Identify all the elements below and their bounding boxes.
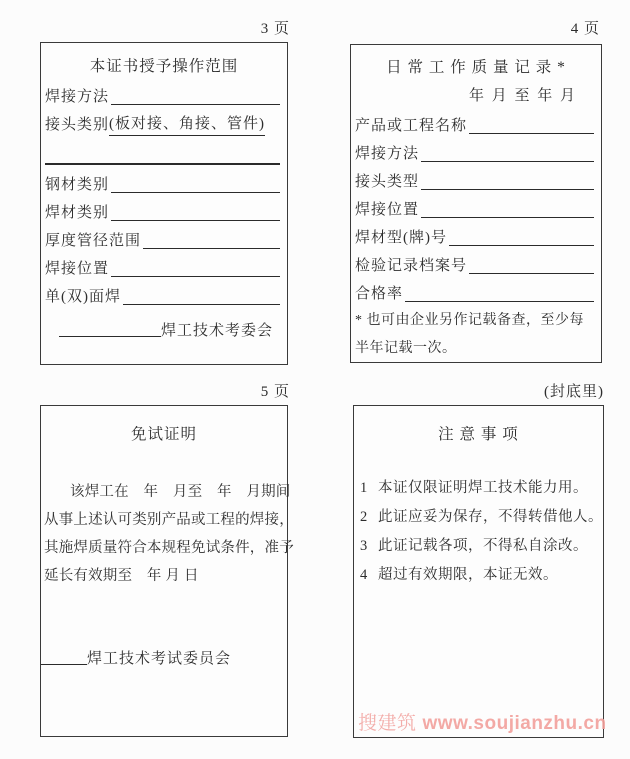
notes-list: 1 本证仅限证明焊工技术能力用。 2 此证应妥为保存，不得转借他人。 3 此证记… xyxy=(354,474,603,590)
field-row-filler-model-no: 焊材型(牌)号 xyxy=(351,221,601,249)
fill-in-line xyxy=(469,273,594,274)
page-label-back-cover: (封底里) xyxy=(544,380,604,401)
watermark: 搜建筑www.soujianzhu.cn xyxy=(358,708,607,735)
note-number: 3 xyxy=(360,532,378,561)
field-label-weld-position: 焊接位置 xyxy=(45,258,109,280)
note-item-4: 4 超过有效期限，本证无效。 xyxy=(354,561,603,590)
exemption-body-line-4: 延长有效期至 年 月 日 xyxy=(41,562,287,590)
page-label-4: 4 页 xyxy=(571,17,600,38)
field-label-pass-rate: 合格率 xyxy=(355,283,403,305)
field-row-record-weld-method: 焊接方法 xyxy=(351,137,601,165)
field-row-steel-type: 钢材类别 xyxy=(41,168,287,196)
field-row-pass-rate: 合格率 xyxy=(351,277,601,305)
fill-in-line xyxy=(405,301,594,302)
fill-in-line xyxy=(421,161,594,162)
field-label-steel-type: 钢材类别 xyxy=(45,174,109,196)
field-row-weld-position: 焊接位置 xyxy=(41,252,287,280)
field-label-filler-type: 焊材类别 xyxy=(45,202,109,224)
panel-notes-title: 注 意 事 项 xyxy=(354,418,603,448)
field-label-inspection-archive-no: 检验记录档案号 xyxy=(355,255,467,277)
field-row-weld-method: 焊接方法 xyxy=(41,80,287,108)
fill-in-line-full xyxy=(45,163,280,165)
panel-daily-quality-record-title: 日 常 工 作 质 量 记 录 * xyxy=(351,51,601,81)
panel-notes: 注 意 事 项 1 本证仅限证明焊工技术能力用。 2 此证应妥为保存，不得转借他… xyxy=(353,405,604,738)
field-label-product-name: 产品或工程名称 xyxy=(355,115,467,137)
watermark-site-name: 搜建筑 xyxy=(358,713,417,734)
note-item-2: 2 此证应妥为保存，不得转借他人。 xyxy=(354,503,603,532)
fill-in-line xyxy=(469,133,594,134)
exemption-body-line-1: 该焊工在 年 月至 年 月期间 xyxy=(41,478,287,506)
page-label-5: 5 页 xyxy=(261,380,290,401)
fill-in-line xyxy=(111,104,280,105)
joint-options-underlined: (板对接、角接、管件) xyxy=(109,113,265,136)
exemption-body-line-2: 从事上述认可类别产品或工程的焊接， xyxy=(41,506,287,534)
fill-in-line xyxy=(143,248,280,249)
field-label-joint-type: 接头类别 xyxy=(45,114,109,136)
field-label-single-double-side: 单(双)面焊 xyxy=(45,286,121,308)
fill-in-line xyxy=(421,189,594,190)
panel-exemption-certificate: 免试证明 该焊工在 年 月至 年 月期间 从事上述认可类别产品或工程的焊接， 其… xyxy=(40,405,288,737)
signature-row-committee: 焊工技术考委会 xyxy=(41,310,287,340)
field-row-inspection-archive-no: 检验记录档案号 xyxy=(351,249,601,277)
document-page: 3 页 4 页 5 页 (封底里) 本证书授予操作范围 焊接方法 接头类别 (板… xyxy=(0,0,630,759)
panel-exemption-title: 免试证明 xyxy=(41,418,287,448)
signature-line xyxy=(41,664,87,665)
field-row-joint-continuation xyxy=(41,136,287,168)
field-row-record-joint-type: 接头类型 xyxy=(351,165,601,193)
field-label-thickness-range: 厚度管径范围 xyxy=(45,230,141,252)
note-item-3: 3 此证记载各项，不得私自涂改。 xyxy=(354,532,603,561)
note-number: 4 xyxy=(360,561,378,590)
fill-in-line xyxy=(449,245,594,246)
signature-label: 焊工技术考委会 xyxy=(161,319,273,340)
field-row-single-double-side: 单(双)面焊 xyxy=(41,280,287,308)
note-text: 此证应妥为保存，不得转借他人。 xyxy=(378,503,603,532)
fill-in-line xyxy=(111,220,280,221)
panel-operation-scope-title: 本证书授予操作范围 xyxy=(41,50,287,80)
exemption-body-line-3: 其施焊质量符合本规程免试条件，准予 xyxy=(41,534,287,562)
field-label-record-joint-type: 接头类型 xyxy=(355,171,419,193)
record-period: 年 月 至 年 月 xyxy=(351,81,601,109)
note-text: 超过有效期限，本证无效。 xyxy=(378,561,558,590)
note-number: 1 xyxy=(360,474,378,503)
field-row-thickness-range: 厚度管径范围 xyxy=(41,224,287,252)
fill-in-line xyxy=(111,192,280,193)
field-label-weld-method: 焊接方法 xyxy=(45,86,109,108)
field-row-joint-type: 接头类别 (板对接、角接、管件) xyxy=(41,108,287,136)
record-footnote: * 也可由企业另作记载备查，至少每半年记载一次。 xyxy=(351,305,601,363)
panel-operation-scope: 本证书授予操作范围 焊接方法 接头类别 (板对接、角接、管件) 钢材类别 焊材类… xyxy=(40,42,288,365)
page-label-3: 3 页 xyxy=(261,17,290,38)
note-text: 本证仅限证明焊工技术能力用。 xyxy=(378,474,588,503)
field-row-record-weld-position: 焊接位置 xyxy=(351,193,601,221)
fill-in-line xyxy=(421,217,594,218)
fill-in-line xyxy=(111,276,280,277)
field-label-record-weld-position: 焊接位置 xyxy=(355,199,419,221)
note-text: 此证记载各项，不得私自涂改。 xyxy=(378,532,588,561)
field-row-product-name: 产品或工程名称 xyxy=(351,109,601,137)
note-item-1: 1 本证仅限证明焊工技术能力用。 xyxy=(354,474,603,503)
panel-daily-quality-record: 日 常 工 作 质 量 记 录 * 年 月 至 年 月 产品或工程名称 焊接方法… xyxy=(350,44,602,363)
signature-row-exam-committee: 焊工技术考试委员会 xyxy=(41,638,287,668)
note-number: 2 xyxy=(360,503,378,532)
field-label-filler-model-no: 焊材型(牌)号 xyxy=(355,227,447,249)
fill-in-line xyxy=(123,304,280,305)
signature-label: 焊工技术考试委员会 xyxy=(87,647,231,668)
field-label-record-weld-method: 焊接方法 xyxy=(355,143,419,165)
exemption-body: 该焊工在 年 月至 年 月期间 从事上述认可类别产品或工程的焊接， 其施焊质量符… xyxy=(41,478,287,590)
signature-line xyxy=(59,336,161,337)
watermark-site-url: www.soujianzhu.cn xyxy=(423,713,607,734)
field-row-filler-type: 焊材类别 xyxy=(41,196,287,224)
